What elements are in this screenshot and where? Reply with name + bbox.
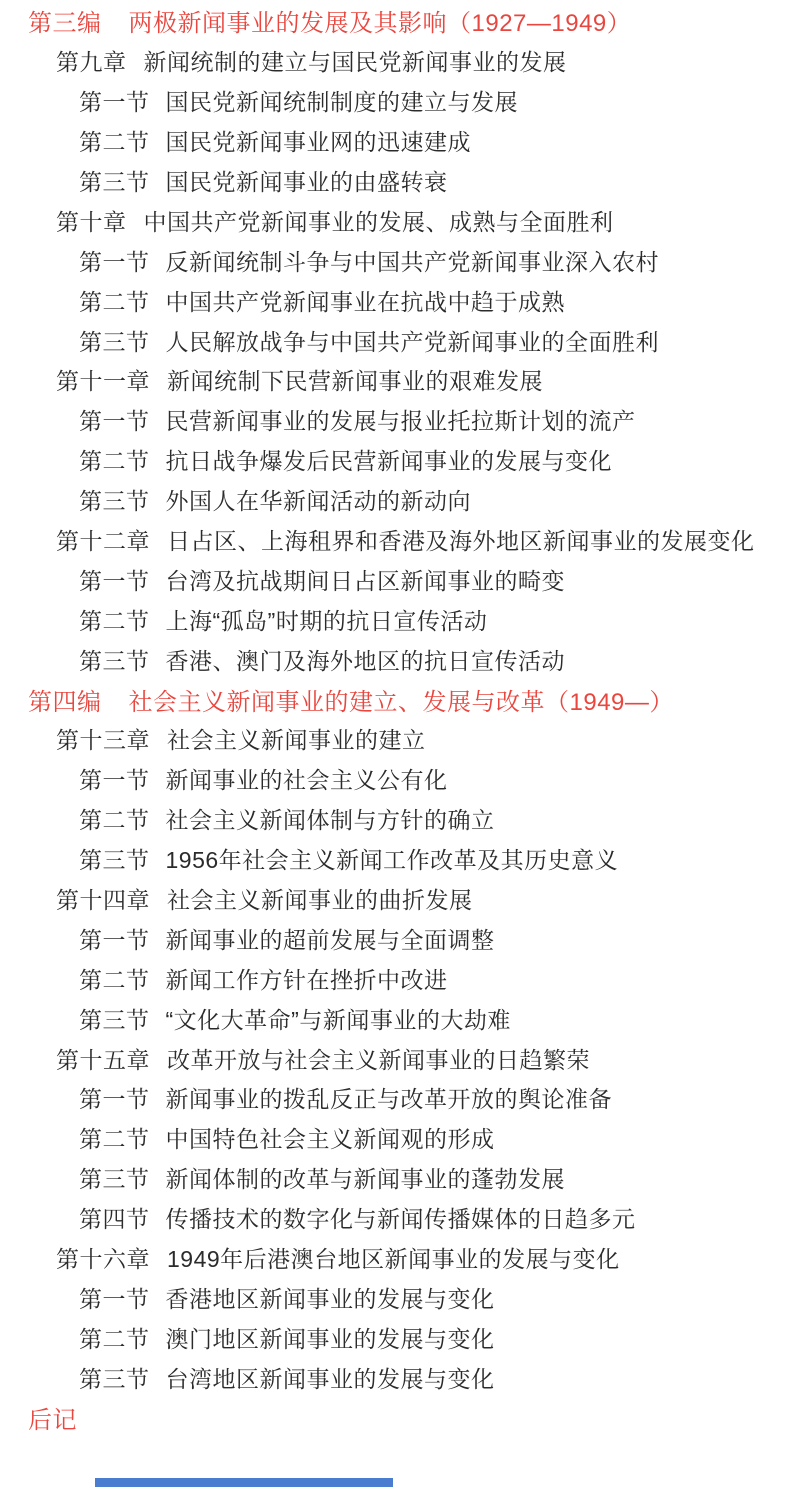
toc-section-row[interactable]: 第二节中国共产党新闻事业在抗战中趋于成熟 [0, 280, 790, 320]
toc-entry-label: 第九章 [56, 44, 127, 77]
toc-entry-title: 传播技术的数字化与新闻传播媒体的日趋多元 [166, 1201, 636, 1234]
toc-entry-label: 第四编 [28, 682, 102, 717]
toc-section-row[interactable]: 第一节民营新闻事业的发展与报业托拉斯计划的流产 [0, 400, 790, 440]
toc-entry-label: 第三节 [79, 324, 150, 357]
toc-section-row[interactable]: 第三节1956年社会主义新闻工作改革及其历史意义 [0, 839, 790, 879]
toc-entry-title: 台湾及抗战期间日占区新闻事业的畸变 [166, 563, 566, 596]
toc-entry-title: 抗日战争爆发后民营新闻事业的发展与变化 [166, 443, 613, 476]
toc-chapter-row[interactable]: 第十二章日占区、上海租界和香港及海外地区新闻事业的发展变化 [0, 520, 790, 560]
toc-entry-label: 第三节 [79, 1002, 150, 1035]
toc-section-row[interactable]: 第三节人民解放战争与中国共产党新闻事业的全面胜利 [0, 320, 790, 360]
toc-section-row[interactable]: 第四节传播技术的数字化与新闻传播媒体的日趋多元 [0, 1198, 790, 1238]
toc-entry-title: 中国共产党新闻事业在抗战中趋于成熟 [166, 284, 566, 317]
toc-section-row[interactable]: 第三节外国人在华新闻活动的新动向 [0, 480, 790, 520]
toc-section-row[interactable]: 第一节国民党新闻统制制度的建立与发展 [0, 81, 790, 121]
toc-section-row[interactable]: 第一节反新闻统制斗争与中国共产党新闻事业深入农村 [0, 240, 790, 280]
toc-entry-title: 上海“孤岛”时期的抗日宣传活动 [166, 603, 488, 636]
toc-section-row[interactable]: 第一节新闻事业的超前发展与全面调整 [0, 918, 790, 958]
toc-entry-label: 第二节 [79, 443, 150, 476]
toc-entry-label: 第一节 [79, 244, 150, 277]
toc-entry-label: 第三编 [28, 3, 102, 38]
toc-entry-title: 台湾地区新闻事业的发展与变化 [166, 1361, 495, 1394]
toc-section-row[interactable]: 第一节新闻事业的拨乱反正与改革开放的舆论准备 [0, 1078, 790, 1118]
toc-entry-title: 社会主义新闻事业的建立、发展与改革（1949—） [129, 682, 674, 717]
toc-entry-title: 外国人在华新闻活动的新动向 [166, 483, 472, 516]
toc-chapter-row[interactable]: 第十一章新闻统制下民营新闻事业的艰难发展 [0, 360, 790, 400]
toc-entry-title: 中国共产党新闻事业的发展、成熟与全面胜利 [144, 204, 614, 237]
toc-entry-label: 第二节 [79, 603, 150, 636]
toc-entry-title: 新闻事业的超前发展与全面调整 [166, 922, 495, 955]
toc-entry-title: 国民党新闻统制制度的建立与发展 [166, 84, 519, 117]
toc-section-row[interactable]: 第二节上海“孤岛”时期的抗日宣传活动 [0, 599, 790, 639]
toc-part-row[interactable]: 第四编社会主义新闻事业的建立、发展与改革（1949—） [0, 679, 790, 719]
toc-entry-title: 社会主义新闻体制与方针的确立 [166, 802, 495, 835]
toc-entry-label: 第十章 [56, 204, 127, 237]
toc-entry-label: 第二节 [79, 1321, 150, 1354]
toc-entry-label: 第二节 [79, 1121, 150, 1154]
toc-entry-title: 香港地区新闻事业的发展与变化 [166, 1281, 495, 1314]
toc-entry-label: 第一节 [79, 1281, 150, 1314]
toc-entry-label: 第三节 [79, 842, 150, 875]
toc-entry-label: 第三节 [79, 1161, 150, 1194]
toc-entry-title: 1949年后港澳台地区新闻事业的发展与变化 [167, 1241, 620, 1274]
scroll-progress-bar[interactable] [95, 1478, 393, 1487]
toc-entry-title: 中国特色社会主义新闻观的形成 [166, 1121, 495, 1154]
toc-part-row[interactable]: 第三编两极新闻事业的发展及其影响（1927—1949） [0, 1, 790, 41]
toc-entry-label: 第十六章 [56, 1241, 150, 1274]
toc-entry-label: 第十二章 [56, 523, 150, 556]
toc-entry-title: 新闻统制的建立与国民党新闻事业的发展 [144, 44, 567, 77]
toc-chapter-row[interactable]: 第十六章1949年后港澳台地区新闻事业的发展与变化 [0, 1238, 790, 1278]
toc-chapter-row[interactable]: 第十三章社会主义新闻事业的建立 [0, 719, 790, 759]
toc-entry-label: 第十五章 [56, 1042, 150, 1075]
toc-entry-label: 第一节 [79, 563, 150, 596]
toc-entry-label: 第二节 [79, 962, 150, 995]
toc-entry-label: 第二节 [79, 124, 150, 157]
toc-chapter-row[interactable]: 第十四章社会主义新闻事业的曲折发展 [0, 879, 790, 919]
toc-entry-label: 第十四章 [56, 882, 150, 915]
toc-entry-title: 新闻统制下民营新闻事业的艰难发展 [167, 363, 543, 396]
toc-entry-label: 第一节 [79, 403, 150, 436]
toc-entry-title: 民营新闻事业的发展与报业托拉斯计划的流产 [166, 403, 636, 436]
toc-entry-title: 社会主义新闻事业的建立 [167, 722, 426, 755]
toc-section-row[interactable]: 第一节台湾及抗战期间日占区新闻事业的畸变 [0, 559, 790, 599]
toc-chapter-row[interactable]: 第十五章改革开放与社会主义新闻事业的日趋繁荣 [0, 1038, 790, 1078]
toc-entry-label: 第一节 [79, 84, 150, 117]
toc-entry-title: 日占区、上海租界和香港及海外地区新闻事业的发展变化 [167, 523, 755, 556]
toc-entry-label: 第四节 [79, 1201, 150, 1234]
toc-entry-title: 改革开放与社会主义新闻事业的日趋繁荣 [167, 1042, 590, 1075]
toc-section-row[interactable]: 第三节新闻体制的改革与新闻事业的蓬勃发展 [0, 1158, 790, 1198]
toc-section-row[interactable]: 第二节澳门地区新闻事业的发展与变化 [0, 1317, 790, 1357]
toc-entry-title: 新闻事业的社会主义公有化 [166, 762, 448, 795]
toc-entry-label: 第三节 [79, 483, 150, 516]
toc-section-row[interactable]: 第三节台湾地区新闻事业的发展与变化 [0, 1357, 790, 1397]
toc-entry-title: 国民党新闻事业的由盛转衰 [166, 164, 448, 197]
toc-section-row[interactable]: 第二节新闻工作方针在挫折中改进 [0, 958, 790, 998]
toc-section-row[interactable]: 第三节香港、澳门及海外地区的抗日宣传活动 [0, 639, 790, 679]
toc-entry-label: 第一节 [79, 922, 150, 955]
toc-chapter-row[interactable]: 第九章新闻统制的建立与国民党新闻事业的发展 [0, 41, 790, 81]
toc-entry-title: 两极新闻事业的发展及其影响（1927—1949） [129, 3, 632, 38]
toc-entry-label: 第一节 [79, 762, 150, 795]
toc-entry-title: 香港、澳门及海外地区的抗日宣传活动 [166, 643, 566, 676]
toc-entry-title: 人民解放战争与中国共产党新闻事业的全面胜利 [166, 324, 660, 357]
toc-entry-label: 第一节 [79, 1081, 150, 1114]
toc-entry-label: 第三节 [79, 1361, 150, 1394]
toc-section-row[interactable]: 第二节中国特色社会主义新闻观的形成 [0, 1118, 790, 1158]
toc-entry-title: 新闻体制的改革与新闻事业的蓬勃发展 [166, 1161, 566, 1194]
toc-entry-title: 社会主义新闻事业的曲折发展 [167, 882, 473, 915]
toc-entry-title: 国民党新闻事业网的迅速建成 [166, 124, 472, 157]
toc-entry-title: 新闻事业的拨乱反正与改革开放的舆论准备 [166, 1081, 613, 1114]
toc-entry-label: 第三节 [79, 643, 150, 676]
toc-entry-title: 新闻工作方针在挫折中改进 [166, 962, 448, 995]
toc-backmatter-row[interactable]: 后记 [0, 1397, 790, 1437]
toc-chapter-row[interactable]: 第十章中国共产党新闻事业的发展、成熟与全面胜利 [0, 200, 790, 240]
toc-section-row[interactable]: 第二节抗日战争爆发后民营新闻事业的发展与变化 [0, 440, 790, 480]
toc-entry-label: 第十一章 [56, 363, 150, 396]
toc-section-row[interactable]: 第三节国民党新闻事业的由盛转衰 [0, 161, 790, 201]
toc-section-row[interactable]: 第一节香港地区新闻事业的发展与变化 [0, 1278, 790, 1318]
toc-section-row[interactable]: 第二节社会主义新闻体制与方针的确立 [0, 799, 790, 839]
toc-entry-title: “文化大革命”与新闻事业的大劫难 [166, 1002, 511, 1035]
toc-entry-title: 澳门地区新闻事业的发展与变化 [166, 1321, 495, 1354]
toc-entry-label: 后记 [28, 1400, 77, 1435]
toc-entry-label: 第二节 [79, 284, 150, 317]
toc-section-row[interactable]: 第一节新闻事业的社会主义公有化 [0, 759, 790, 799]
toc-entry-title: 1956年社会主义新闻工作改革及其历史意义 [166, 842, 619, 875]
toc-section-row[interactable]: 第三节“文化大革命”与新闻事业的大劫难 [0, 998, 790, 1038]
toc-entry-label: 第二节 [79, 802, 150, 835]
table-of-contents: 第三编两极新闻事业的发展及其影响（1927—1949）第九章新闻统制的建立与国民… [0, 0, 790, 1437]
toc-entry-label: 第十三章 [56, 722, 150, 755]
toc-entry-label: 第三节 [79, 164, 150, 197]
toc-section-row[interactable]: 第二节国民党新闻事业网的迅速建成 [0, 121, 790, 161]
toc-entry-title: 反新闻统制斗争与中国共产党新闻事业深入农村 [166, 244, 660, 277]
